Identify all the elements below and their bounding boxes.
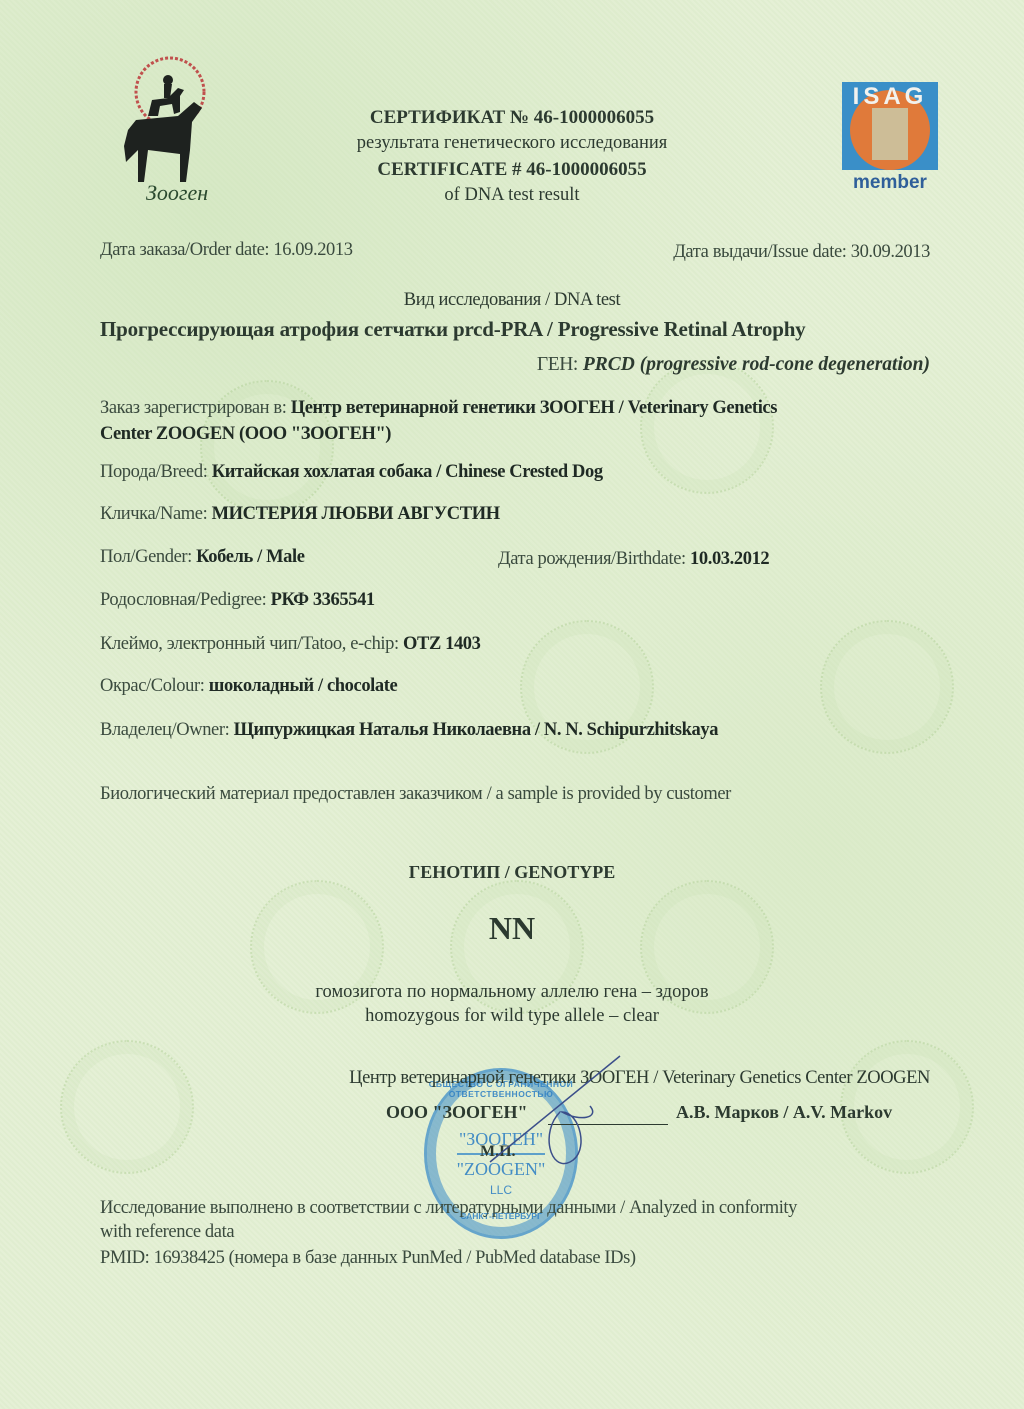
watermark-rosette [820,620,954,754]
dna-test-label: Вид исследования / DNA test [0,290,1024,311]
genotype-desc-ru: гомозигота по нормальному аллелю гена – … [0,982,1024,1003]
certificate-title-ru: СЕРТИФИКАТ № 46-1000006055 [0,107,1024,129]
gene-label: ГЕН: [537,354,578,375]
colour-label: Окрас/Colour: [100,676,205,696]
dog-name-value: МИСТЕРИЯ ЛЮБВИ АВГУСТИН [212,504,500,524]
owner-label: Владелец/Owner: [100,720,229,740]
colour-value: шоколадный / chocolate [209,676,398,696]
chip-value: OTZ 1403 [403,634,481,654]
gender-value: Кобель / Male [196,547,304,567]
birthdate-label: Дата рождения/Birthdate: [498,549,686,569]
gene: ГЕН: PRCD (progressive rod-cone degenera… [537,354,930,376]
genotype-value: NN [0,910,1024,947]
genotype-desc-en: homozygous for wild type allele – clear [0,1006,1024,1027]
name-field: Кличка/Name: МИСТЕРИЯ ЛЮБВИ АВГУСТИН [100,504,500,525]
certificate-subtitle-ru: результата генетического исследования [0,133,1024,154]
watermark-rosette [640,360,774,494]
dog-name-label: Кличка/Name: [100,504,207,524]
stamp-line3: LLC [427,1183,575,1197]
owner-value: Щипуржицкая Наталья Николаевна / N. N. S… [234,720,718,740]
registered-at: Заказ зарегистрирован в: Центр ветеринар… [100,398,777,419]
pedigree-field: Родословная/Pedigree: РКФ 3365541 [100,590,375,611]
breed-label: Порода/Breed: [100,462,207,482]
conformity-line2: with reference data [100,1222,234,1243]
colour-field: Окрас/Colour: шоколадный / chocolate [100,676,397,697]
gene-value: PRCD (progressive rod-cone degeneration) [583,354,930,375]
dna-test-name: Прогрессирующая атрофия сетчатки prcd-PR… [100,317,930,342]
registered-at-value-line2: Center ZOOGEN (ООО "ЗООГЕН") [100,424,391,444]
gender-label: Пол/Gender: [100,547,192,567]
order-date-label: Дата заказа/Order date: [100,240,269,260]
pedigree-label: Родословная/Pedigree: [100,590,266,610]
issue-date: Дата выдачи/Issue date: 30.09.2013 [673,242,930,263]
chip-field: Клеймо, электронный чип/Tatoo, e-chip: O… [100,634,481,655]
birthdate-field: Дата рождения/Birthdate: 10.03.2012 [498,549,769,570]
order-date: Дата заказа/Order date: 16.09.2013 [100,240,353,261]
registered-at-value: Центр ветеринарной генетики ЗООГЕН / Vet… [291,398,777,418]
handwritten-signature-icon [470,1052,630,1182]
breed-field: Порода/Breed: Китайская хохлатая собака … [100,462,603,483]
watermark-rosette [60,1040,194,1174]
breed-value: Китайская хохлатая собака / Chinese Cres… [212,462,603,482]
svg-text:ISAG: ISAG [853,83,928,110]
issue-date-value: 30.09.2013 [851,242,930,262]
registered-at-label: Заказ зарегистрирован в: [100,398,286,418]
signature-center: Центр ветеринарной генетики ЗООГЕН / Vet… [349,1068,930,1089]
issue-date-label: Дата выдачи/Issue date: [673,242,846,262]
genotype-heading: ГЕНОТИП / GENOTYPE [0,862,1024,883]
certificate-title-en: CERTIFICATE # 46-1000006055 [0,159,1024,181]
chip-label: Клеймо, электронный чип/Tatoo, e-chip: [100,634,399,654]
gender-field: Пол/Gender: Кобель / Male [100,547,305,568]
signer-name: А.В. Марков / A.V. Markov [676,1102,892,1123]
certificate-subtitle-en: of DNA test result [0,185,1024,206]
registered-at-line2: Center ZOOGEN (ООО "ЗООГЕН") [100,424,391,445]
conformity-line1: Исследование выполнено в соответствии с … [100,1198,797,1219]
pmid-reference: PMID: 16938425 (номера в базе данных Pun… [100,1248,636,1269]
birthdate-value: 10.03.2012 [690,549,769,569]
owner-field: Владелец/Owner: Щипуржицкая Наталья Нико… [100,720,718,741]
pedigree-value: РКФ 3365541 [271,590,375,610]
sample-note: Биологический материал предоставлен зака… [100,784,731,805]
order-date-value: 16.09.2013 [273,240,352,260]
